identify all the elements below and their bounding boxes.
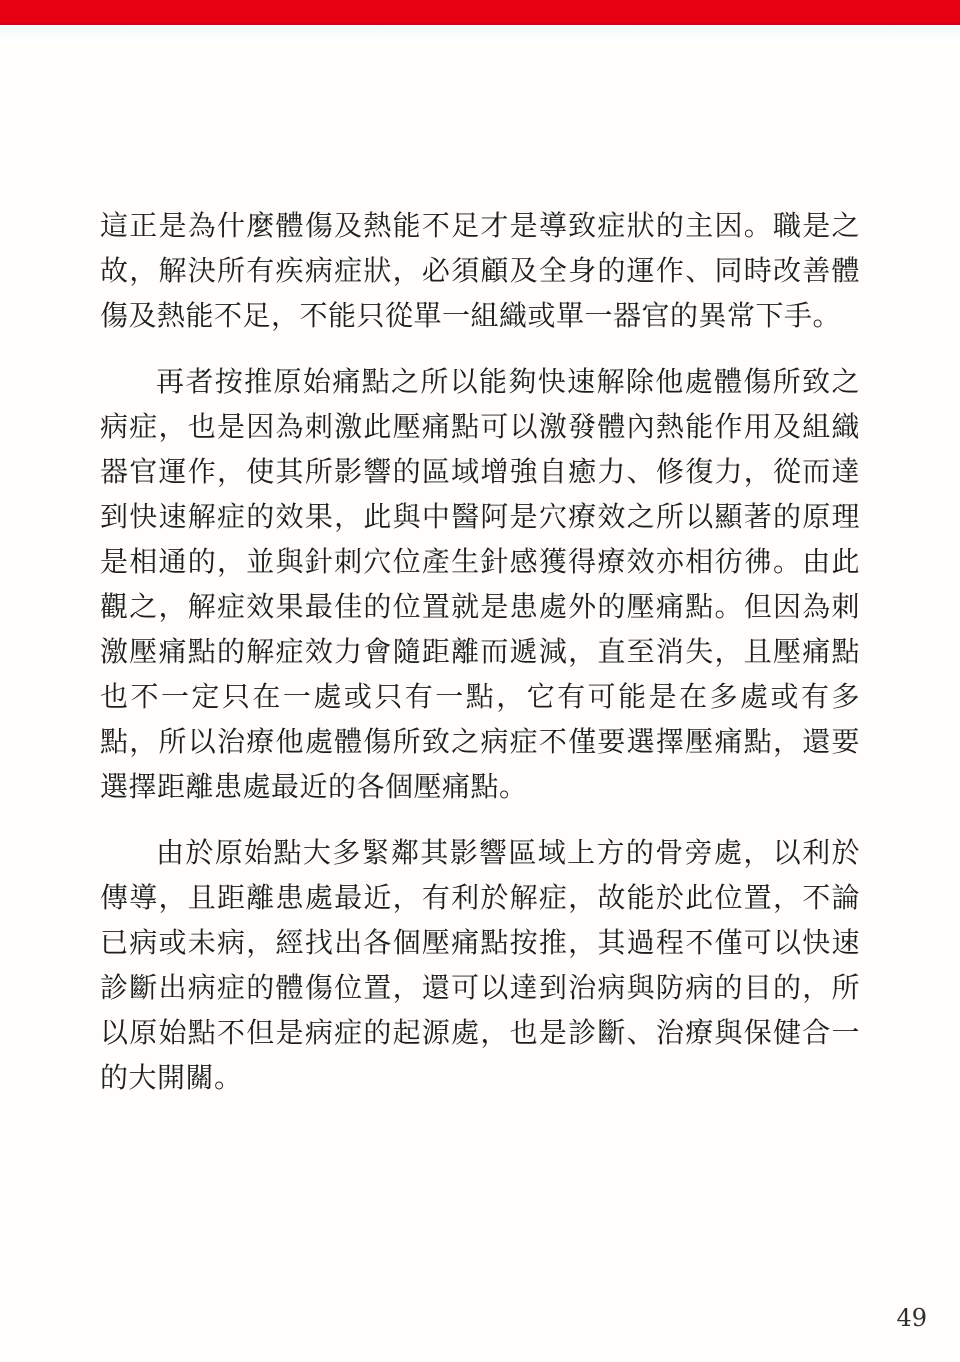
paragraph-2: 再者按推原始痛點之所以能夠快速解除他處體傷所致之病症，也是因為刺激此壓痛點可以激… — [100, 359, 860, 809]
paragraph-1: 這正是為什麼體傷及熱能不足才是導致症狀的主因。職是之故，解決所有疾病症狀，必須顧… — [100, 203, 860, 338]
page-content: 這正是為什麼體傷及熱能不足才是導致症狀的主因。職是之故，解決所有疾病症狀，必須顧… — [100, 203, 860, 1121]
paragraph-3: 由於原始點大多緊鄰其影響區域上方的骨旁處，以利於傳導，且距離患處最近，有利於解症… — [100, 830, 860, 1100]
top-accent-bar — [0, 0, 960, 25]
book-page: { "page": { "number": "49", "accent_colo… — [0, 0, 960, 1362]
page-number: 49 — [896, 1304, 927, 1332]
accent-bar-shadow — [0, 25, 960, 43]
